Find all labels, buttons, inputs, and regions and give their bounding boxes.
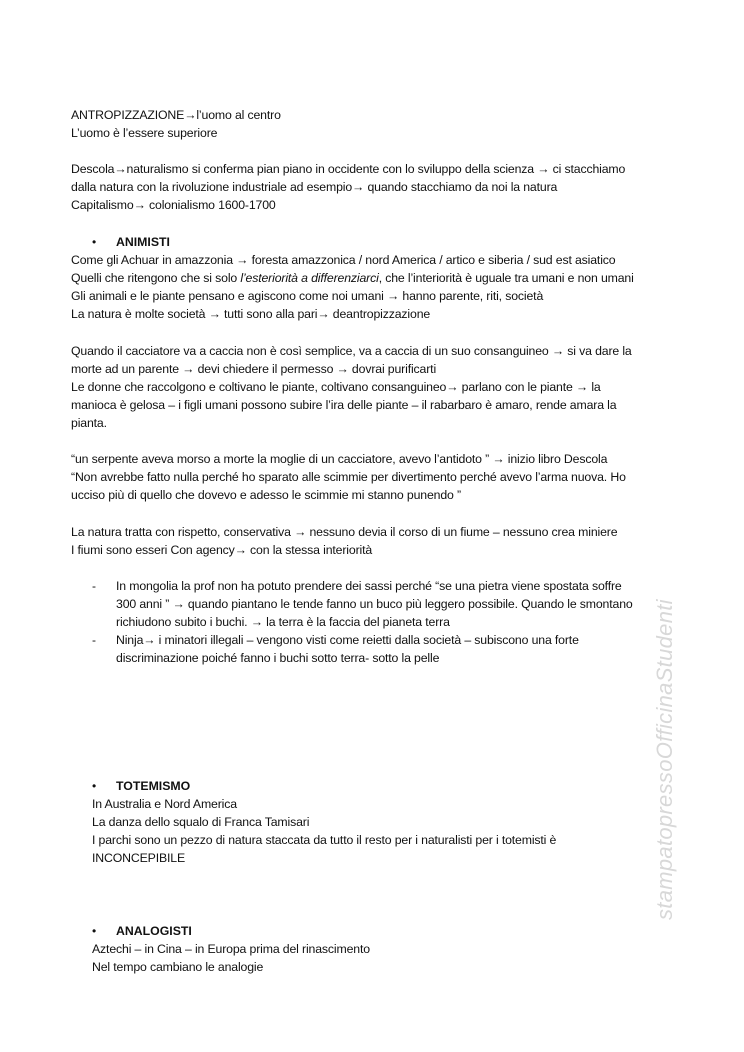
paragraph-line: pianta. <box>71 414 107 432</box>
intro-line-4: dalla natura con la rivoluzione industri… <box>71 178 557 196</box>
list-item-line: Ninja→ i minatori illegali – vengono vis… <box>116 631 579 649</box>
bullet-icon: • <box>92 233 96 251</box>
paragraph-line: Quando il cacciatore va a caccia non è c… <box>71 342 632 360</box>
paragraph-line: I fiumi sono esseri Con agency→ con la s… <box>71 541 372 559</box>
animisti-line-1: Come gli Achuar in amazzonia → foresta a… <box>71 251 615 269</box>
text-span: Quelli che ritengono che si solo <box>71 271 240 285</box>
quote-line: “un serpente aveva morso a morte la mogl… <box>71 450 607 468</box>
dash-bullet-icon: - <box>92 631 96 649</box>
intro-line-title: ANTROPIZZAZIONE→l’uomo al centro <box>71 106 281 124</box>
quote-line: “Non avrebbe fatto nulla perché ho spara… <box>71 468 626 486</box>
paragraph-line: Le donne che raccolgono e coltivano le p… <box>71 378 601 396</box>
animisti-line-3: Gli animali e le piante pensano e agisco… <box>71 287 543 305</box>
list-item-line: 300 anni ” → quando piantano le tende fa… <box>116 595 633 613</box>
italic-text: l’esteriorità a differenziarci <box>240 271 378 285</box>
document-page: ANTROPIZZAZIONE→l’uomo al centro L’uomo … <box>0 0 744 1052</box>
animisti-line-4: La natura è molte società → tutti sono a… <box>71 305 430 323</box>
analogisti-line: Nel tempo cambiano le analogie <box>92 958 263 976</box>
analogisti-line: Aztechi – in Cina – in Europa prima del … <box>92 940 370 958</box>
animisti-line-2: Quelli che ritengono che si solo l’ester… <box>71 269 634 287</box>
paragraph-line: La natura tratta con rispetto, conservat… <box>71 523 617 541</box>
totemismo-line: I parchi sono un pezzo di natura staccat… <box>92 831 556 849</box>
bullet-icon: • <box>92 922 96 940</box>
totemismo-line: In Australia e Nord America <box>92 795 237 813</box>
watermark: stampatopressoOfficinaStudenti <box>652 599 678 920</box>
totemismo-line: INCONCEPIBILE <box>92 849 185 867</box>
list-item-line: In mongolia la prof non ha potuto prende… <box>116 577 622 595</box>
text-span: , che l’interiorità è uguale tra umani e… <box>379 271 634 285</box>
paragraph-line: manioca è gelosa – i figli umani possono… <box>71 396 616 414</box>
section-heading-animisti: ANIMISTI <box>116 233 170 251</box>
intro-line-3: Descola→naturalismo si conferma pian pia… <box>71 160 625 178</box>
list-item-line: discriminazione poiché fanno i buchi sot… <box>116 649 439 667</box>
section-heading-totemismo: TOTEMISMO <box>116 777 190 795</box>
quote-line: ucciso più di quello che dovevo e adesso… <box>71 486 461 504</box>
totemismo-line: La danza dello squalo di Franca Tamisari <box>92 813 309 831</box>
bullet-icon: • <box>92 777 96 795</box>
section-heading-analogisti: ANALOGISTI <box>116 922 192 940</box>
list-item-line: richiudono subito i buchi. → la terra è … <box>116 613 450 631</box>
paragraph-line: morte ad un parente → devi chiedere il p… <box>71 360 436 378</box>
intro-line-2: L’uomo è l’essere superiore <box>71 124 217 142</box>
dash-bullet-icon: - <box>92 577 96 595</box>
intro-line-5: Capitalismo→ colonialismo 1600-1700 <box>71 196 276 214</box>
